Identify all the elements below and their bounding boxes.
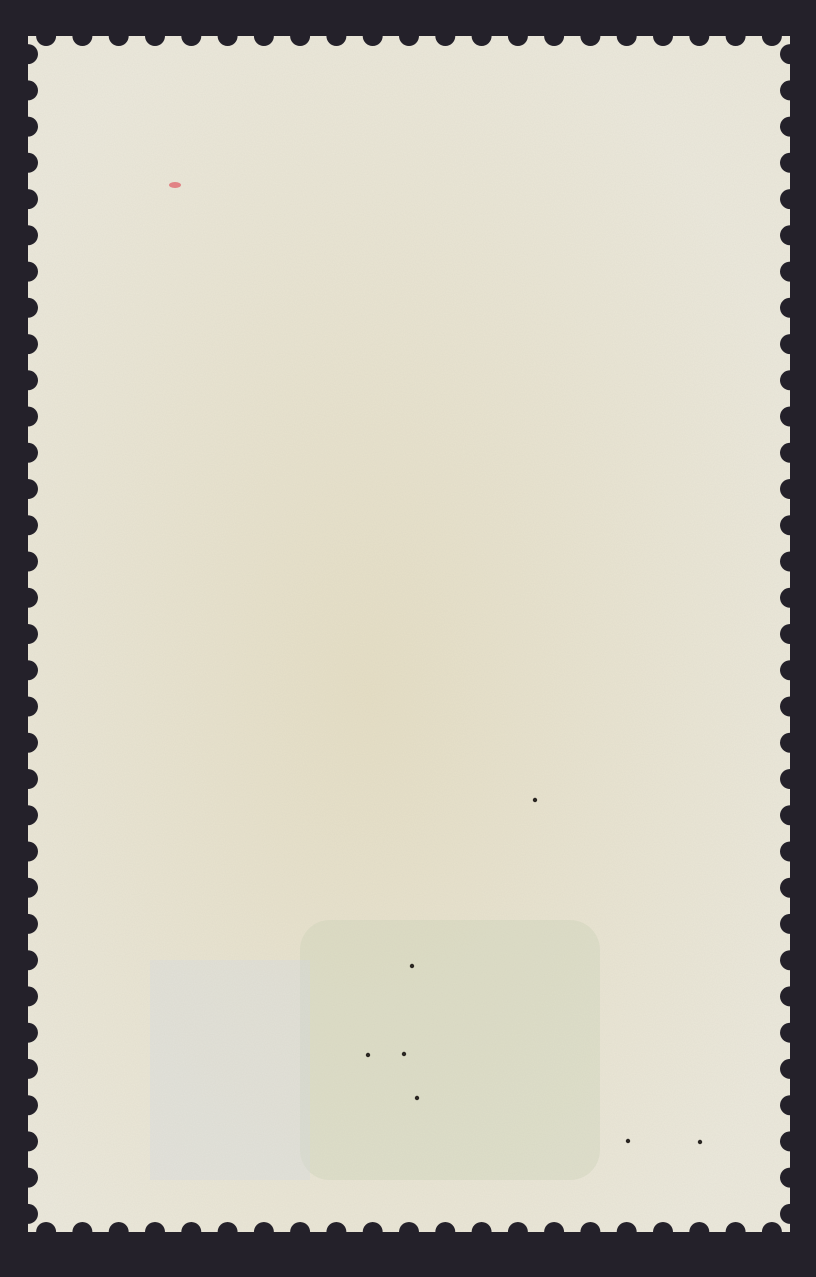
dark-speck: [410, 964, 414, 968]
dark-speck: [366, 1053, 370, 1057]
stamp-back: [28, 36, 790, 1232]
dark-speck: [698, 1140, 702, 1144]
stamp-photo: [0, 0, 816, 1277]
dark-speck: [402, 1052, 406, 1056]
dark-speck: [533, 798, 537, 802]
dark-speck: [415, 1096, 419, 1100]
red-fibre-mark: [169, 182, 181, 188]
dark-speck: [626, 1139, 630, 1143]
